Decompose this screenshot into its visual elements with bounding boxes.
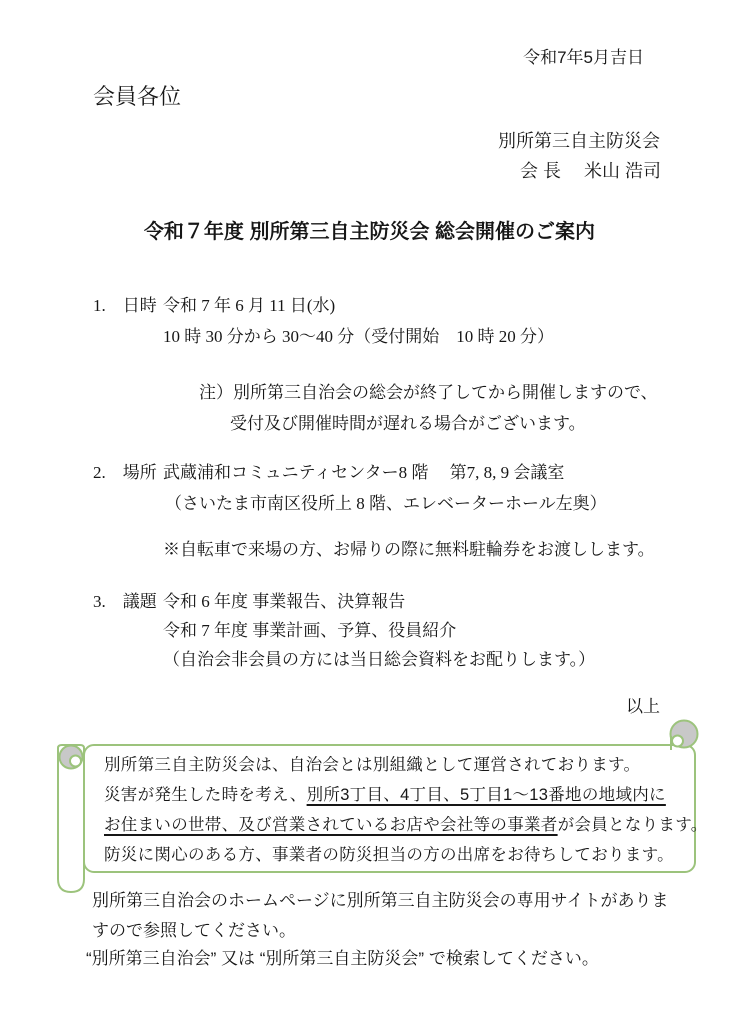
item2-place-line1: 武蔵浦和コミュニティセンター8 階 第7, 8, 9 会議室 [163, 463, 564, 483]
item2-heading: 2. 場所 [93, 463, 157, 483]
item2-place-line2: （さいたま市南区役所上 8 階、エレベーターホール左奥） [165, 494, 607, 514]
scroll-topleft-curl-inner [70, 756, 81, 767]
note-line1: 注）別所第三自治会の総会が終了してから開催しますので、 [199, 383, 658, 403]
boxed-notice-line2-underlined: 別所3丁目、4丁目、5丁目1～13番地の地域内に [307, 786, 666, 804]
footer-line3: “別所第三自治会” 又は “別所第三自主防災会” で検索してください。 [86, 949, 599, 969]
item3-agenda-line2: 令和 7 年度 事業計画、予算、役員紹介 [163, 621, 456, 641]
boxed-notice-line3-suffix: が会員となります。 [558, 816, 708, 834]
page-title: 令和７年度 別所第三自主防災会 総会開催のご案内 [0, 220, 739, 244]
item3-heading: 3. 議題 [93, 592, 157, 612]
note-line2: 受付及び開催時間が遅れる場合がございます。 [230, 414, 586, 434]
recipient-line: 会員各位 [93, 84, 181, 110]
scroll-banner-shape [0, 700, 739, 915]
footer-line1: 別所第三自治会のホームページに別所第三自主防災会の専用サイトがありま [92, 891, 668, 911]
item3-agenda-line3: （自治会非会員の方には当日総会資料をお配りします。） [163, 650, 595, 670]
footer-line2: すので参照してください。 [92, 921, 296, 941]
boxed-notice-line3-underlined: お住まいの世帯、及び営業されているお店や会社等の事業者 [104, 816, 558, 834]
item1-heading: 1. 日時 [93, 296, 157, 316]
document-page: 令和7年5月吉日 会員各位 別所第三自主防災会 会 長 米山 浩司 令和７年度 … [0, 0, 739, 1024]
item1-datetime-line1: 令和 7 年 6 月 11 日(水) [163, 296, 335, 316]
item2-bicycle-note: ※自転車で来場の方、お帰りの際に無料駐輪券をお渡しします。 [163, 540, 655, 560]
scroll-topright-curl-inner [672, 736, 683, 747]
date-line: 令和7年5月吉日 [523, 48, 644, 68]
item3-agenda-line1: 令和 6 年度 事業報告、決算報告 [163, 592, 405, 612]
boxed-notice-line2: 災害が発生した時を考え、別所3丁目、4丁目、5丁目1～13番地の地域内に [104, 786, 666, 806]
item1-datetime-line2: 10 時 30 分から 30～40 分（受付開始 10 時 20 分） [163, 327, 554, 347]
boxed-notice-line2-prefix: 災害が発生した時を考え、 [104, 786, 307, 804]
boxed-notice-line1: 別所第三自主防災会は、自治会とは別組織として運営されております。 [104, 756, 640, 776]
sender-organization: 別所第三自主防災会 [498, 131, 660, 153]
sender-president: 会 長 米山 浩司 [520, 161, 661, 183]
boxed-notice-line4: 防災に関心のある方、事業者の防災担当の方の出席をお待ちしております。 [104, 846, 674, 866]
boxed-notice-line3: お住まいの世帯、及び営業されているお店や会社等の事業者が会員となります。 [104, 816, 708, 836]
